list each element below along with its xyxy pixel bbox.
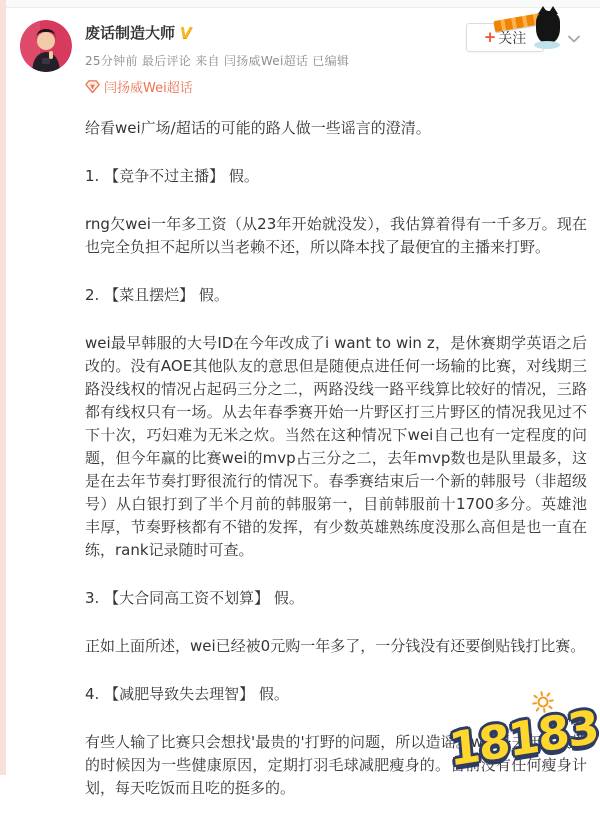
post-paragraph: wei最早韩服的大号ID在今年改成了i want to win z，是休赛期学英… bbox=[85, 332, 587, 562]
page-background-strip bbox=[0, 0, 6, 775]
post-paragraph: 正如上面所述，wei已经被0元购一年多了，一分钱没有还要倒贴钱打比赛。 bbox=[85, 635, 587, 658]
post-paragraph: 有些人输了比赛只会想找'最贵的'打野的问题，所以造谣。wei是去年休赛期的时候因… bbox=[85, 731, 587, 775]
post-paragraph: 3. 【大合同高工资不划算】 假。 bbox=[85, 587, 587, 610]
supertopic-label: 闫扬威Wei超话 bbox=[104, 77, 193, 96]
post-paragraph: 给看wei广场/超话的可能的路人做一些谣言的澄清。 bbox=[85, 117, 587, 140]
ribbon-slash-decor bbox=[541, 8, 555, 17]
avatar-image bbox=[20, 20, 72, 72]
card-top-border bbox=[6, 0, 600, 8]
user-block: 废话制造大师 V 25分钟前 最后评论 来自 闫扬威Wei超话 已编辑 闫扬威W… bbox=[85, 22, 349, 98]
post-meta: 25分钟前 最后评论 来自 闫扬威Wei超话 已编辑 bbox=[85, 52, 349, 69]
weibo-post-card: 废话制造大师 V 25分钟前 最后评论 来自 闫扬威Wei超话 已编辑 闫扬威W… bbox=[6, 9, 600, 775]
post-paragraph: 1. 【竞争不过主播】 假。 bbox=[85, 165, 587, 188]
supertopic-gem-icon bbox=[85, 79, 100, 94]
supertopic-link[interactable]: 闫扬威Wei超话 bbox=[85, 77, 193, 96]
follow-button[interactable]: + 关注 bbox=[466, 23, 544, 52]
post-paragraph: rng欠wei一年多工资（从23年开始就没发），我估算着得有一千多万。现在也完全… bbox=[85, 213, 587, 259]
chevron-down-icon[interactable] bbox=[566, 31, 582, 47]
avatar[interactable] bbox=[20, 20, 72, 72]
verified-v-icon: V bbox=[180, 24, 192, 42]
post-paragraph: 2. 【菜且摆烂】 假。 bbox=[85, 284, 587, 307]
follow-button-label: 关注 bbox=[498, 28, 526, 48]
plus-icon: + bbox=[484, 30, 497, 45]
post-header: 废话制造大师 V 25分钟前 最后评论 来自 闫扬威Wei超话 已编辑 闫扬威W… bbox=[6, 9, 600, 109]
post-body: 给看wei广场/超话的可能的路人做一些谣言的澄清。1. 【竞争不过主播】 假。r… bbox=[85, 117, 587, 775]
username[interactable]: 废话制造大师 bbox=[85, 22, 175, 43]
post-paragraph: 4. 【减肥导致失去理智】 假。 bbox=[85, 683, 587, 706]
